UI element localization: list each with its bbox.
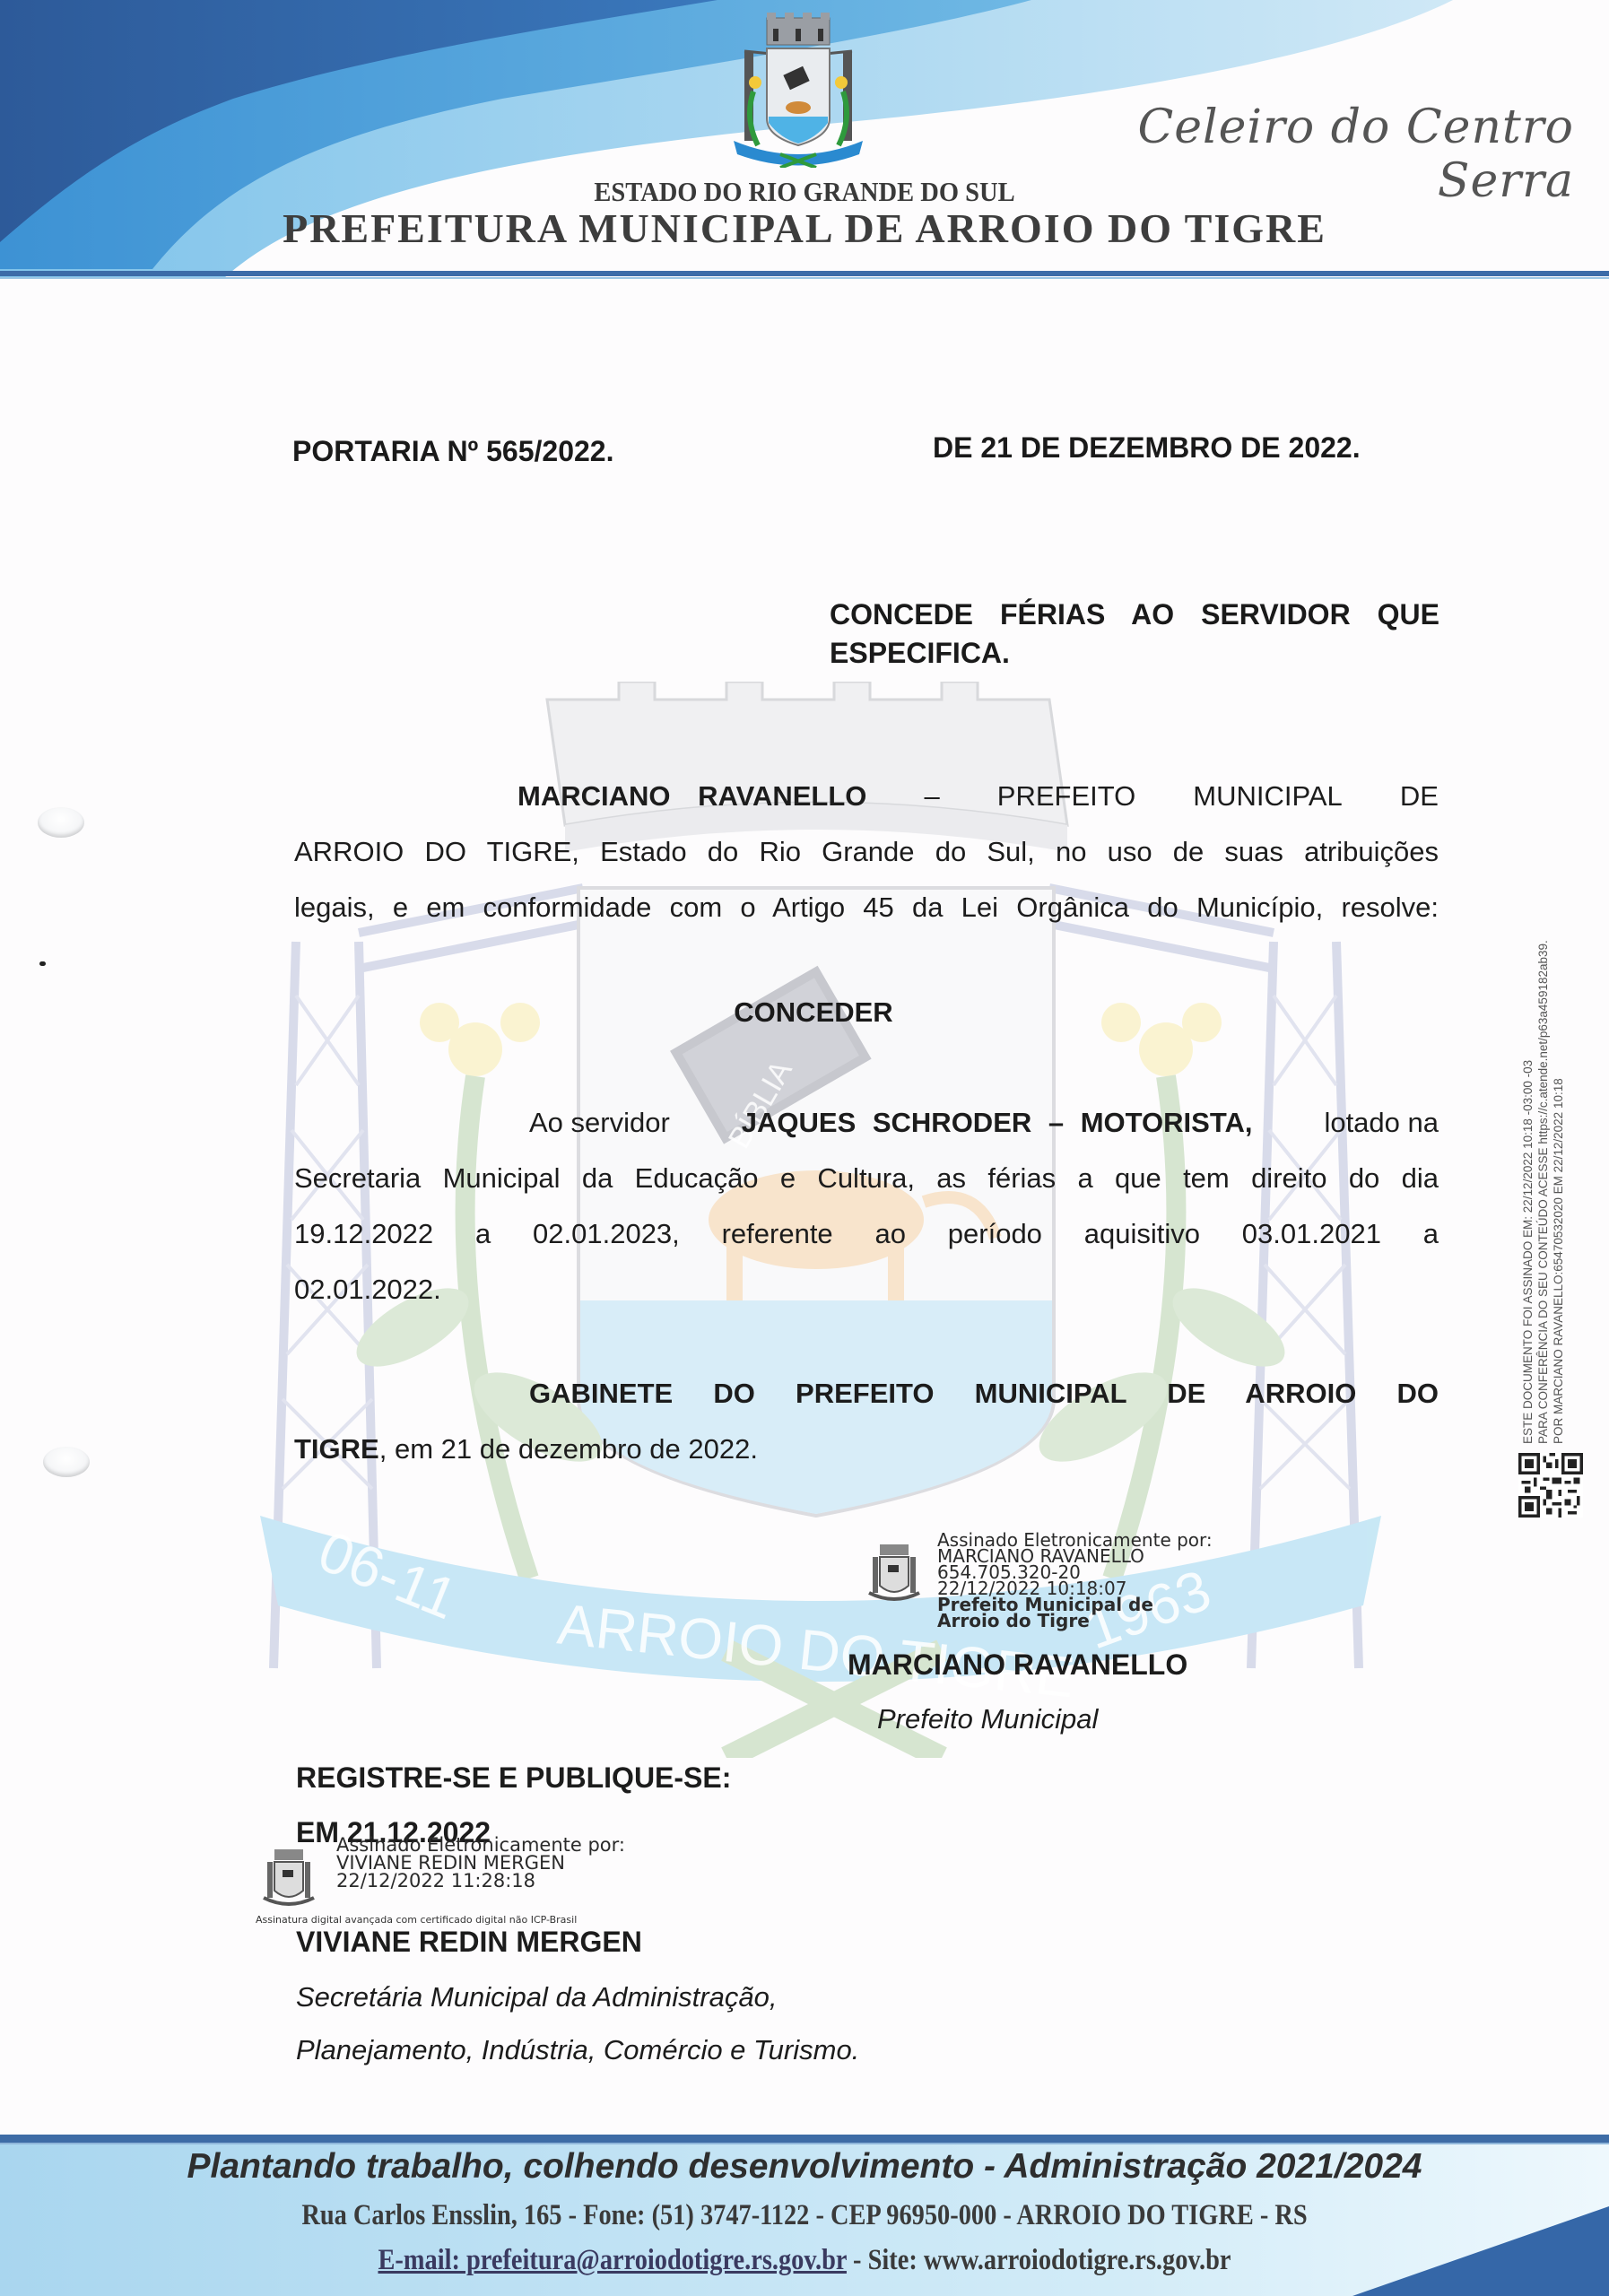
closing-paragraph: GABINETE DO PREFEITO MUNICIPAL DE ARROIO…: [294, 1378, 1439, 1489]
signature-crest-icon: [260, 1848, 317, 1912]
preamble-line: ARROIO DO TIGRE, Estado do Rio Grande do…: [294, 836, 1439, 891]
closing-line: GABINETE DO PREFEITO MUNICIPAL DE ARROIO…: [294, 1378, 1439, 1433]
ementa-line: CONCEDE FÉRIAS AO SERVIDOR QUE: [830, 596, 1439, 634]
header-divider-light: [0, 277, 1609, 279]
grant-line: 19.12.2022 a 02.01.2023, referente ao pe…: [294, 1218, 1439, 1274]
footer-address: Rua Carlos Ensslin, 165 - Fone: (51) 374…: [113, 2199, 1497, 2232]
mayor-name-inline: MARCIANO RAVANELLO: [517, 780, 866, 836]
preamble-line: legais, e em conformidade com o Artigo 4…: [294, 891, 1439, 947]
title-word: DE: [1400, 780, 1439, 836]
dash: –: [924, 780, 939, 836]
institution-name: PREFEITURA MUNICIPAL DE ARROIO DO TIGRE: [0, 204, 1609, 252]
punch-hole: [43, 1447, 90, 1477]
stamp-line: POR MARCIANO RAVANELLO:65470532020 EM 22…: [1551, 780, 1566, 1444]
preamble-paragraph: MARCIANO RAVANELLO – PREFEITO MUNICIPAL …: [294, 780, 1439, 947]
portaria-number: PORTARIA Nº 565/2022.: [292, 438, 613, 465]
verification-stamp: ESTE DOCUMENTO FOI ASSINADO EM: 22/12/20…: [1520, 780, 1566, 1444]
footer-site-link[interactable]: Site: www.arroiodotigre.rs.gov.br: [868, 2244, 1231, 2276]
mayor-signature-name: MARCIANO RAVANELLO: [848, 1648, 1187, 1682]
grant-line: Secretaria Municipal da Educação e Cultu…: [294, 1162, 1439, 1218]
coat-of-arms-icon: [718, 11, 879, 168]
secretary-electronic-signature: Assinado Eletronicamente por: VIVIANE RE…: [336, 1836, 625, 1890]
action-heading: CONCEDER: [0, 998, 1609, 1026]
register-publish-heading: REGISTRE-SE E PUBLIQUE-SE:: [296, 1761, 731, 1795]
separator: -: [847, 2244, 868, 2276]
stamp-line: ESTE DOCUMENTO FOI ASSINADO EM: 22/12/20…: [1520, 780, 1535, 1444]
verification-link[interactable]: PARA CONFERÊNCIA DO SEU CONTEÚDO ACESSE …: [1535, 780, 1551, 1444]
grant-paragraph: Ao servidor JAQUES SCHRODER – MOTORISTA,…: [294, 1107, 1439, 1329]
secretary-signature-name: VIVIANE REDIN MERGEN: [296, 1926, 642, 1959]
footer-email-link[interactable]: E-mail: prefeitura@arroiodotigre.rs.gov.…: [378, 2244, 846, 2276]
signature-crest-icon: [865, 1543, 923, 1607]
closing-date: , em 21 de dezembro de 2022.: [379, 1433, 758, 1465]
grant-line: 02.01.2022.: [294, 1274, 1439, 1329]
header-divider: [0, 271, 1609, 276]
grant-tail: lotado na: [1324, 1107, 1439, 1162]
ementa-line: ESPECIFICA.: [830, 634, 1439, 673]
ementa: CONCEDE FÉRIAS AO SERVIDOR QUE ESPECIFIC…: [830, 596, 1439, 673]
footer-slogan: Plantando trabalho, colhendo desenvolvim…: [0, 2147, 1609, 2187]
esig-line: Arroio do Tigre: [937, 1613, 1213, 1629]
footer-contact: E-mail: prefeitura@arroiodotigre.rs.gov.…: [113, 2244, 1497, 2277]
title-word: MUNICIPAL: [1193, 780, 1343, 836]
servant-name: JAQUES SCHRODER – MOTORISTA,: [742, 1107, 1253, 1162]
secretary-role-line: Secretária Municipal da Administração,: [296, 1981, 777, 2013]
title-word: PREFEITO: [997, 780, 1135, 836]
mayor-electronic-signature: Assinado Eletronicamente por: MARCIANO R…: [937, 1532, 1213, 1629]
state-name: ESTADO DO RIO GRANDE DO SUL: [65, 176, 1544, 208]
esig-line: Assinado Eletronicamente por:: [336, 1836, 625, 1854]
ink-speck: [39, 961, 46, 966]
punch-hole: [38, 807, 84, 838]
qr-code-icon[interactable]: [1518, 1453, 1583, 1518]
closing-place: TIGRE: [294, 1433, 379, 1465]
grant-lead: Ao servidor: [529, 1107, 670, 1162]
esig-line: 22/12/2022 11:28:18: [336, 1872, 625, 1890]
esig-line: VIVIANE REDIN MERGEN: [336, 1854, 625, 1872]
portaria-date: DE 21 DE DEZEMBRO DE 2022.: [933, 434, 1361, 462]
mayor-signature-role: Prefeito Municipal: [877, 1703, 1098, 1735]
secretary-role-line: Planejamento, Indústria, Comércio e Turi…: [296, 2034, 859, 2066]
